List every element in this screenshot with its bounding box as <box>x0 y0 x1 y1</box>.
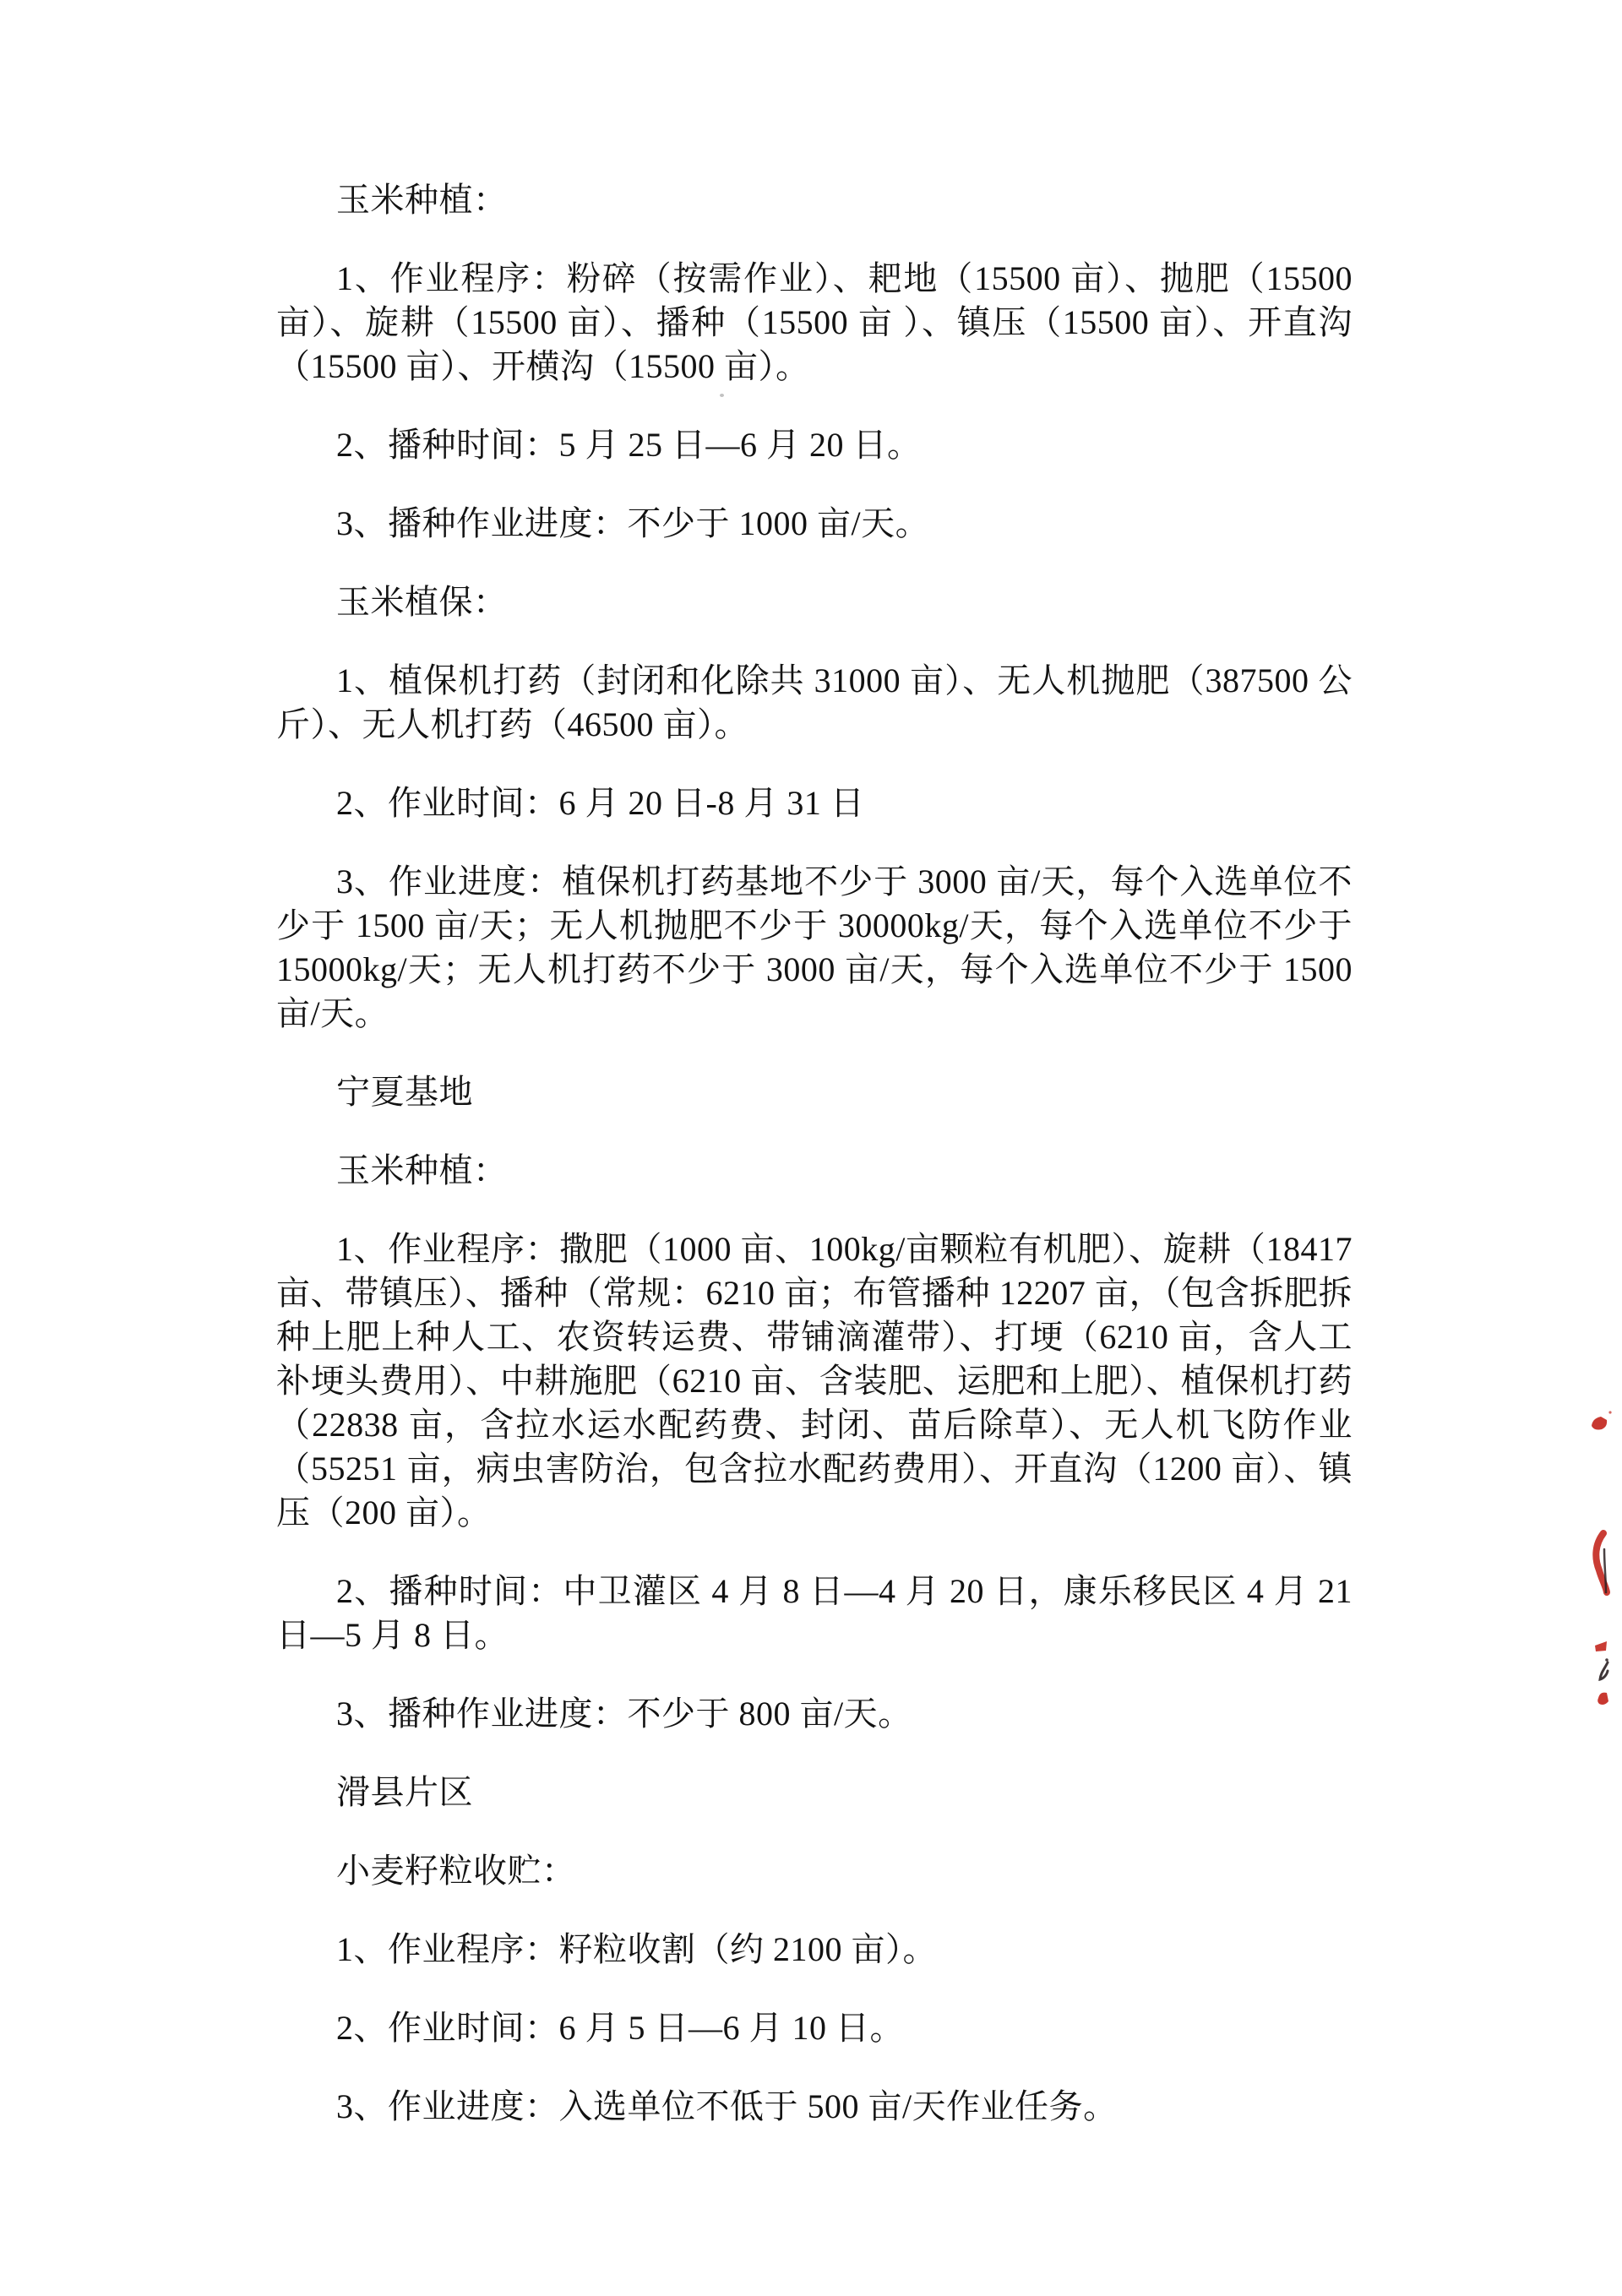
heading-huaxian-area: 滑县片区 <box>276 1771 1353 1814</box>
para-ningxia-sowing-progress: 3、播种作业进度：不少于 800 亩/天。 <box>276 1692 1353 1736</box>
document-body: 玉米种植： 1、作业程序：粉碎（按需作业）、耙地（15500 亩）、抛肥（155… <box>276 178 1353 2129</box>
scan-speck <box>720 394 724 397</box>
heading-ningxia-corn-planting: 玉米种植： <box>276 1149 1353 1193</box>
para-protection-time: 2、作业时间：6 月 20 日-8 月 31 日 <box>276 781 1353 825</box>
scanned-document-page: 玉米种植： 1、作业程序：粉碎（按需作业）、耙地（15500 亩）、抛肥（155… <box>0 0 1622 2296</box>
heading-corn-planting: 玉米种植： <box>276 178 1353 222</box>
para-wheat-time: 2、作业时间：6 月 5 日—6 月 10 日。 <box>276 2006 1353 2050</box>
heading-ningxia-base: 宁夏基地 <box>276 1070 1353 1114</box>
para-wheat-progress: 3、作业进度：入选单位不低于 500 亩/天作业任务。 <box>276 2085 1353 2129</box>
red-ink-marks <box>1578 1401 1622 1722</box>
para-ningxia-sowing-time: 2、播种时间：中卫灌区 4 月 8 日—4 月 20 日，康乐移民区 4 月 2… <box>276 1570 1353 1657</box>
para-protection-progress: 3、作业进度：植保机打药基地不少于 3000 亩/天，每个入选单位不少于 150… <box>276 860 1353 1036</box>
scan-speck <box>733 2090 738 2093</box>
heading-wheat-grain-harvest: 小麦籽粒收贮： <box>276 1849 1353 1893</box>
para-ningxia-procedure: 1、作业程序：撒肥（1000 亩、100kg/亩颗粒有机肥）、旋耕（18417 … <box>276 1227 1353 1535</box>
para-protection-procedure: 1、植保机打药（封闭和化除共 31000 亩）、无人机抛肥（387500 公斤）… <box>276 659 1353 747</box>
para-corn-planting-procedure: 1、作业程序：粉碎（按需作业）、耙地（15500 亩）、抛肥（15500 亩）、… <box>276 257 1353 389</box>
red-crescent-stroke <box>1596 1533 1607 1592</box>
para-corn-sowing-time: 2、播种时间：5 月 25 日—6 月 20 日。 <box>276 423 1353 467</box>
red-flag-fragment <box>1595 1641 1607 1651</box>
para-corn-sowing-progress: 3、播种作业进度：不少于 1000 亩/天。 <box>276 502 1353 546</box>
red-blob-bottom <box>1598 1693 1608 1705</box>
red-blob-top <box>1592 1417 1607 1430</box>
heading-corn-protection: 玉米植保： <box>276 580 1353 624</box>
dark-curl-fragment <box>1600 1662 1608 1679</box>
para-wheat-procedure: 1、作业程序：籽粒收割（约 2100 亩）。 <box>276 1928 1353 1972</box>
